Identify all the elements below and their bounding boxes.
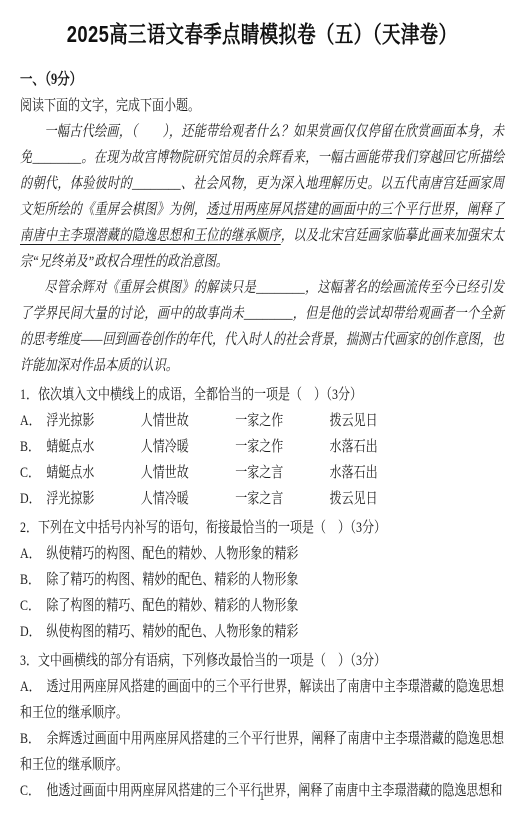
- idiom: 水落石出: [330, 460, 378, 486]
- idiom: 浮光掠影: [46, 486, 140, 512]
- page-title: 2025高三语文春季点睛模拟卷（五）（天津卷）: [20, 16, 504, 49]
- section-intro: 阅读下面的文字，完成下面小题。: [20, 93, 504, 119]
- question-1-option-c: C．蜻蜓点水人情世故一家之言水落石出: [20, 460, 504, 486]
- option-label: A．: [20, 674, 46, 700]
- option-label: D．: [20, 619, 46, 645]
- exam-page: { "page": { "title": "2025高三语文春季点睛模拟卷（五）…: [0, 0, 524, 816]
- question-2-option-b: B．除了精巧的构图、精妙的配色、精彩的人物形象: [20, 567, 504, 593]
- option-text: 除了精巧的构图、精妙的配色、精彩的人物形象: [46, 572, 298, 588]
- idiom: 一家之作: [235, 408, 329, 434]
- idiom: 一家之言: [235, 460, 329, 486]
- idiom: 蜻蜓点水: [46, 434, 140, 460]
- question-1-stem: 1．依次填入文中横线上的成语，全都恰当的一项是（ ）（3分）: [20, 382, 504, 408]
- option-label: B．: [20, 567, 46, 593]
- option-text: 除了构图的精巧、配色的精妙、精彩的人物形象: [46, 598, 298, 614]
- question-1-option-b: B．蜻蜓点水人情冷暖一家之作水落石出: [20, 434, 504, 460]
- page-number: 1: [0, 788, 524, 804]
- idiom: 拨云见日: [330, 408, 378, 434]
- question-3-stem: 3．文中画横线的部分有语病，下列修改最恰当的一项是（ ）（3分）: [20, 648, 504, 674]
- option-label: A．: [20, 408, 46, 434]
- option-text: 纵使精巧的构图、配色的精妙、人物形象的精彩: [46, 546, 298, 562]
- question-2-option-c: C．除了构图的精巧、配色的精妙、精彩的人物形象: [20, 593, 504, 619]
- option-label: B．: [20, 726, 46, 752]
- section-heading: 一、（9分）: [20, 67, 504, 93]
- passage-paragraph-1: 一幅古代绘画，（ ），还能带给观者什么？如果赏画仅仅停留在欣赏画面本身，未免__…: [20, 119, 504, 275]
- idiom: 水落石出: [330, 434, 378, 460]
- idiom: 人情冷暖: [141, 434, 235, 460]
- passage-paragraph-2: 尽管余辉对《重屏会棋图》的解读只是________，这幅著名的绘画流传至今已经引…: [20, 275, 504, 379]
- idiom: 人情冷暖: [141, 486, 235, 512]
- question-1-option-d: D．浮光掠影人情冷暖一家之言拨云见日: [20, 486, 504, 512]
- idiom: 人情世故: [141, 460, 235, 486]
- option-label: A．: [20, 541, 46, 567]
- question-1-option-a: A．浮光掠影人情世故一家之作拨云见日: [20, 408, 504, 434]
- option-text: 余辉透过画面中用两座屏风搭建的三个平行世界，阐释了南唐中主李璟潜藏的隐逸思想和王…: [20, 731, 504, 773]
- option-label: C．: [20, 593, 46, 619]
- question-3-option-b: B．余辉透过画面中用两座屏风搭建的三个平行世界，阐释了南唐中主李璟潜藏的隐逸思想…: [20, 726, 504, 778]
- question-3-option-a: A．透过用两座屏风搭建的画面中的三个平行世界，解读出了南唐中主李璟潜藏的隐逸思想…: [20, 674, 504, 726]
- idiom: 人情世故: [141, 408, 235, 434]
- idiom: 一家之言: [235, 486, 329, 512]
- idiom: 浮光掠影: [46, 408, 140, 434]
- idiom: 拨云见日: [330, 486, 378, 512]
- document-body: 2025高三语文春季点睛模拟卷（五）（天津卷） 一、（9分） 阅读下面的文字，完…: [0, 0, 524, 816]
- question-2-option-a: A．纵使精巧的构图、配色的精妙、人物形象的精彩: [20, 541, 504, 567]
- option-text: 纵使构图的精巧、精妙的配色、人物形象的精彩: [46, 624, 298, 640]
- idiom: 蜻蜓点水: [46, 460, 140, 486]
- option-label: D．: [20, 486, 46, 512]
- question-2-option-d: D．纵使构图的精巧、精妙的配色、人物形象的精彩: [20, 619, 504, 645]
- option-label: B．: [20, 434, 46, 460]
- option-text: 透过用两座屏风搭建的画面中的三个平行世界，解读出了南唐中主李璟潜藏的隐逸思想和王…: [20, 679, 504, 721]
- option-label: C．: [20, 460, 46, 486]
- questions-block: 1．依次填入文中横线上的成语，全都恰当的一项是（ ）（3分） A．浮光掠影人情世…: [20, 382, 504, 804]
- question-2-stem: 2．下列在文中括号内补写的语句，衔接最恰当的一项是（ ）（3分）: [20, 515, 504, 541]
- idiom: 一家之作: [235, 434, 329, 460]
